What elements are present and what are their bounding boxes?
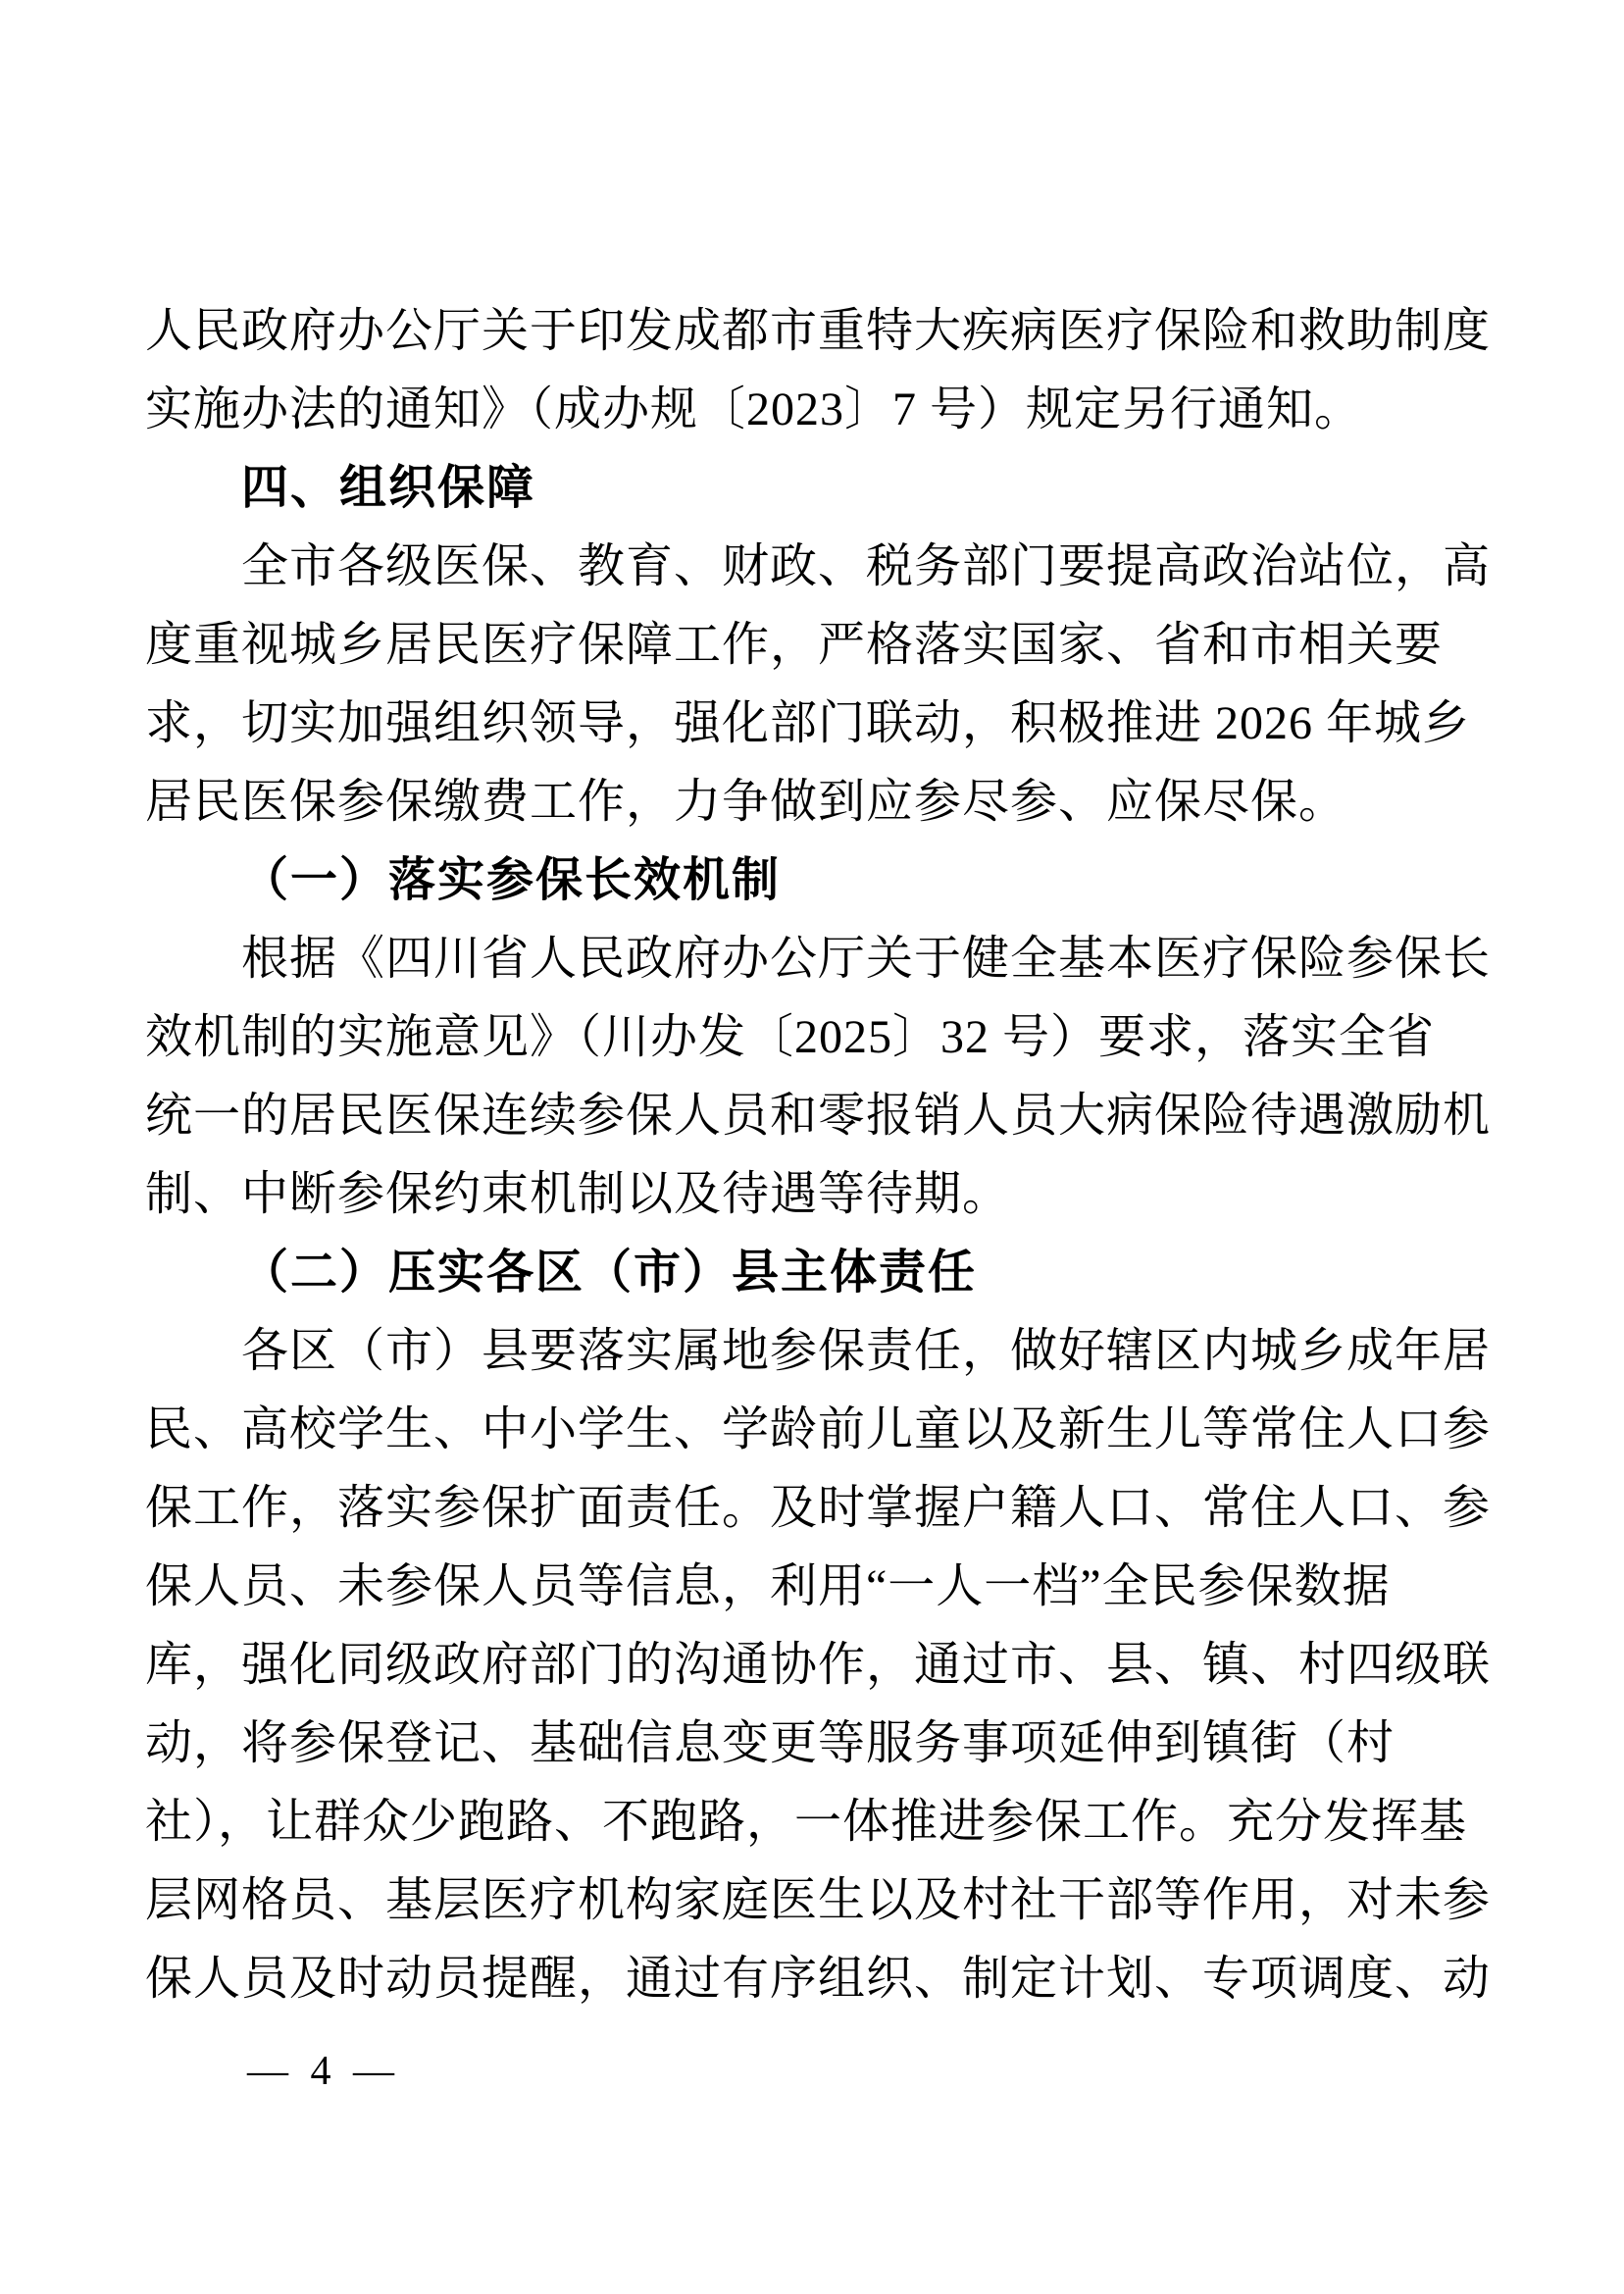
sub-heading: （二）压实各区（市）县主体责任 — [145, 1234, 1487, 1312]
text-line: （一）落实参保长效机制 — [145, 841, 1487, 920]
text-line: 制、中断参保约束机制以及待遇等待期。 — [145, 1155, 1487, 1234]
text-line: 社），让群众少跑路、不跑路，一体推进参保工作。充分发挥基 — [145, 1783, 1487, 1861]
text-line: 全市各级医保、教育、财政、税务部门要提高政治站位，高 — [145, 528, 1487, 606]
paragraph-continued: 人民政府办公厅关于印发成都市重特大疾病医疗保险和救助制度实施办法的通知》（成办规… — [145, 292, 1487, 449]
text-line: 根据《四川省人民政府办公厅关于健全基本医疗保险参保长 — [145, 920, 1487, 998]
text-line: 保人员及时动员提醒，通过有序组织、制定计划、专项调度、动 — [145, 1940, 1487, 2018]
paragraph: 根据《四川省人民政府办公厅关于健全基本医疗保险参保长效机制的实施意见》（川办发〔… — [145, 920, 1487, 1234]
text-line: 统一的居民医保连续参保人员和零报销人员大病保险待遇激励机 — [145, 1077, 1487, 1155]
text-line: 居民医保参保缴费工作，力争做到应参尽参、应保尽保。 — [145, 763, 1487, 841]
text-line: 库，强化同级政府部门的沟通协作，通过市、县、镇、村四级联 — [145, 1626, 1487, 1705]
sub-heading: （一）落实参保长效机制 — [145, 841, 1487, 920]
text-line: 各区（市）县要落实属地参保责任，做好辖区内城乡成年居 — [145, 1312, 1487, 1391]
text-line: 四、组织保障 — [145, 449, 1487, 528]
text-line: 效机制的实施意见》（川办发〔2025〕32 号）要求，落实全省 — [145, 998, 1487, 1077]
text-line: 求，切实加强组织领导，强化部门联动，积极推进 2026 年城乡 — [145, 685, 1487, 763]
text-line: 层网格员、基层医疗机构家庭医生以及村社干部等作用，对未参 — [145, 1861, 1487, 1940]
text-line: 人民政府办公厅关于印发成都市重特大疾病医疗保险和救助制度 — [145, 292, 1487, 371]
text-line: （二）压实各区（市）县主体责任 — [145, 1234, 1487, 1312]
paragraph: 各区（市）县要落实属地参保责任，做好辖区内城乡成年居民、高校学生、中小学生、学龄… — [145, 1312, 1487, 2018]
text-line: 民、高校学生、中小学生、学龄前儿童以及新生儿等常住人口参 — [145, 1391, 1487, 1469]
text-line: 度重视城乡居民医疗保障工作，严格落实国家、省和市相关要 — [145, 606, 1487, 685]
document-page: 人民政府办公厅关于印发成都市重特大疾病医疗保险和救助制度实施办法的通知》（成办规… — [0, 0, 1624, 2294]
text-line: 保人员、未参保人员等信息，利用“一人一档”全民参保数据 — [145, 1548, 1487, 1626]
text-line: 保工作，落实参保扩面责任。及时掌握户籍人口、常住人口、参 — [145, 1469, 1487, 1548]
document-content: 人民政府办公厅关于印发成都市重特大疾病医疗保险和救助制度实施办法的通知》（成办规… — [145, 292, 1487, 2018]
section-heading: 四、组织保障 — [145, 449, 1487, 528]
page-number: — 4 — — [247, 2048, 400, 2095]
text-line: 动，将参保登记、基础信息变更等服务事项延伸到镇街（村 — [145, 1705, 1487, 1783]
paragraph: 全市各级医保、教育、财政、税务部门要提高政治站位，高度重视城乡居民医疗保障工作，… — [145, 528, 1487, 841]
text-line: 实施办法的通知》（成办规〔2023〕7 号）规定另行通知。 — [145, 371, 1487, 449]
